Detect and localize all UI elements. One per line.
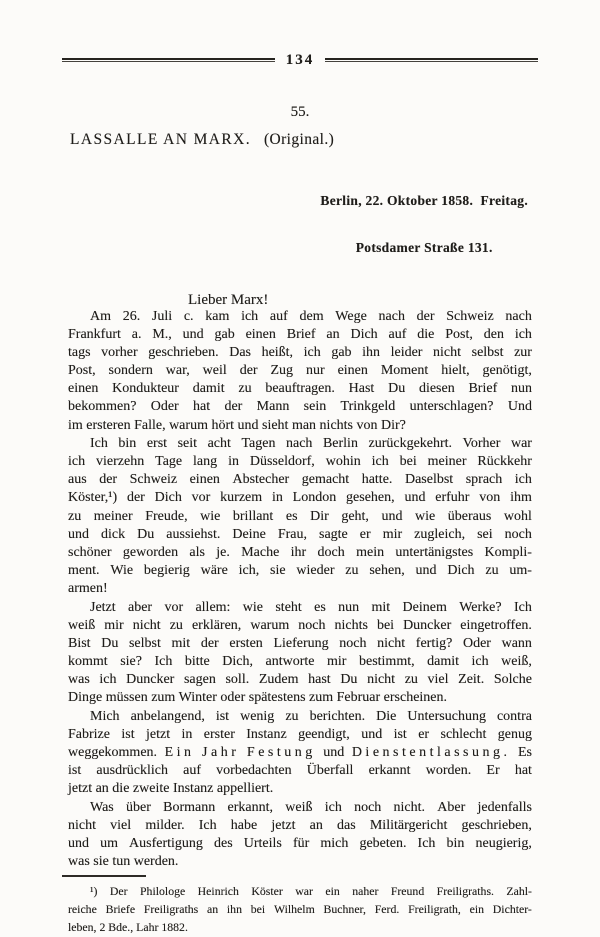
text-line: jetzt an die zweite Instanz appelliert.: [68, 781, 532, 799]
text-line: einenKondukteurdamitzubeauftragen.HastDu…: [68, 381, 532, 399]
text-line: was sie tun werden.: [68, 854, 532, 872]
text-line: leben, 2 Bde., Lahr 1882.: [68, 920, 532, 937]
text-line: zumeinerFreude,wiebrillantesDirgeht,undw…: [68, 509, 532, 527]
text-line: armen!: [68, 581, 532, 599]
text-line: Post,sondernwar,weilderZugnureinenMoment…: [68, 363, 532, 381]
text-line: weggekommen.EinJahrFestungundDienstentla…: [68, 745, 532, 763]
text-line: schönergewordenalsje.Macheihrdochmeinunt…: [68, 545, 532, 563]
text-line: Jetztabervorallem:wiestehtesnunmitDeinem…: [68, 600, 532, 618]
header-rule-right: [325, 58, 538, 62]
text-line: undumAusfertigungdesUrteilsfürmichgebete…: [68, 836, 532, 854]
dateline: Berlin, 22. Oktober 1858. Freitag. Potsd…: [320, 162, 528, 286]
dateline-address: Potsdamer Straße 131.: [320, 240, 528, 256]
text-line: BistDuselbstmitdererstenLieferungnochnic…: [68, 636, 532, 654]
text-line: kommtsie?IchbitteDich,antwortemirbestimm…: [68, 654, 532, 672]
text-line: nichtvielmilder.IchhabejetztandasMilitär…: [68, 818, 532, 836]
text-line: istausdrücklichaufvorbedachtenÜberfaller…: [68, 763, 532, 781]
paragraph: IchbinerstseitachtTagennachBerlinzurückg…: [68, 436, 532, 600]
dateline-block: Berlin, 22. Oktober 1858. Freitag. Potsd…: [0, 162, 600, 288]
paragraph: WasüberBormannerkannt,weißichnochnicht.A…: [68, 800, 532, 873]
footnote-separator: [62, 875, 146, 877]
letter-heading-title: LASSALLE AN MARX.: [70, 131, 251, 148]
book-page: 134 55. LASSALLE AN MARX.(Original.) Ber…: [0, 0, 600, 937]
text-line: Michanbelangend,istwenigzuberichten.DieU…: [68, 709, 532, 727]
text-line: ausderSchweizeinenAbstechergemachthatte.…: [68, 472, 532, 490]
running-head: 134: [0, 52, 600, 68]
page-number: 134: [286, 52, 315, 68]
text-line: ichvierzehnTagelanginDüsseldorf,wohinich…: [68, 454, 532, 472]
text-line: im ersteren Falle, warum hört und sieht …: [68, 418, 532, 436]
paragraph: Am26.Julic.kamichaufdemWegenachderSchwei…: [68, 309, 532, 436]
text-line: Frankfurta.M.,undgabeinenBriefanDichaufd…: [68, 327, 532, 345]
text-line: reicheBriefeFreiligrathsanihnbeiWilhelmB…: [68, 902, 532, 920]
paragraph: Jetztabervorallem:wiestehtesnunmitDeinem…: [68, 600, 532, 709]
letter-body: Am26.Julic.kamichaufdemWegenachderSchwei…: [68, 309, 532, 873]
text-line: IchbinerstseitachtTagennachBerlinzurückg…: [68, 436, 532, 454]
footnote: ¹)DerPhilologeHeinrichKösterwareinnaherF…: [68, 884, 532, 937]
text-line: Am26.Julic.kamichaufdemWegenachderSchwei…: [68, 309, 532, 327]
text-line: tagsvorhergeschrieben.Dasheißt,ichgabihn…: [68, 345, 532, 363]
text-line: unddickDuaussiehst.DeineFrau,sagteermirz…: [68, 527, 532, 545]
salutation: Lieber Marx!: [188, 292, 600, 308]
text-line: ¹)DerPhilologeHeinrichKösterwareinnaherF…: [68, 884, 532, 902]
text-line: bekommen?OderhatderMannseinTrinkgeldunte…: [68, 399, 532, 417]
text-line: WasüberBormannerkannt,weißichnochnicht.A…: [68, 800, 532, 818]
text-line: FabrizeistjetztinersterInstanzgeendigt,u…: [68, 727, 532, 745]
paragraph: Michanbelangend,istwenigzuberichten.DieU…: [68, 709, 532, 800]
text-line: Köster,¹)derDichvorkurzeminLondongesehen…: [68, 490, 532, 508]
text-line: Dinge müssen zum Winter oder spätestens …: [68, 690, 532, 708]
text-line: weißmirnichtzuerklären,warumnochnichtsbe…: [68, 618, 532, 636]
letter-heading-note: (Original.): [264, 131, 334, 148]
header-rule-left: [62, 58, 275, 62]
text-line: wasichDunckersagensoll.ZudemhastDunichtz…: [68, 672, 532, 690]
text-line: ment.Wiebegierigwäreich,siewiederzusehen…: [68, 563, 532, 581]
paragraph: ¹)DerPhilologeHeinrichKösterwareinnaherF…: [68, 884, 532, 937]
letter-heading: LASSALLE AN MARX.(Original.): [70, 131, 600, 149]
letter-number: 55.: [0, 104, 600, 120]
dateline-place-date: Berlin, 22. Oktober 1858. Freitag.: [320, 193, 528, 209]
